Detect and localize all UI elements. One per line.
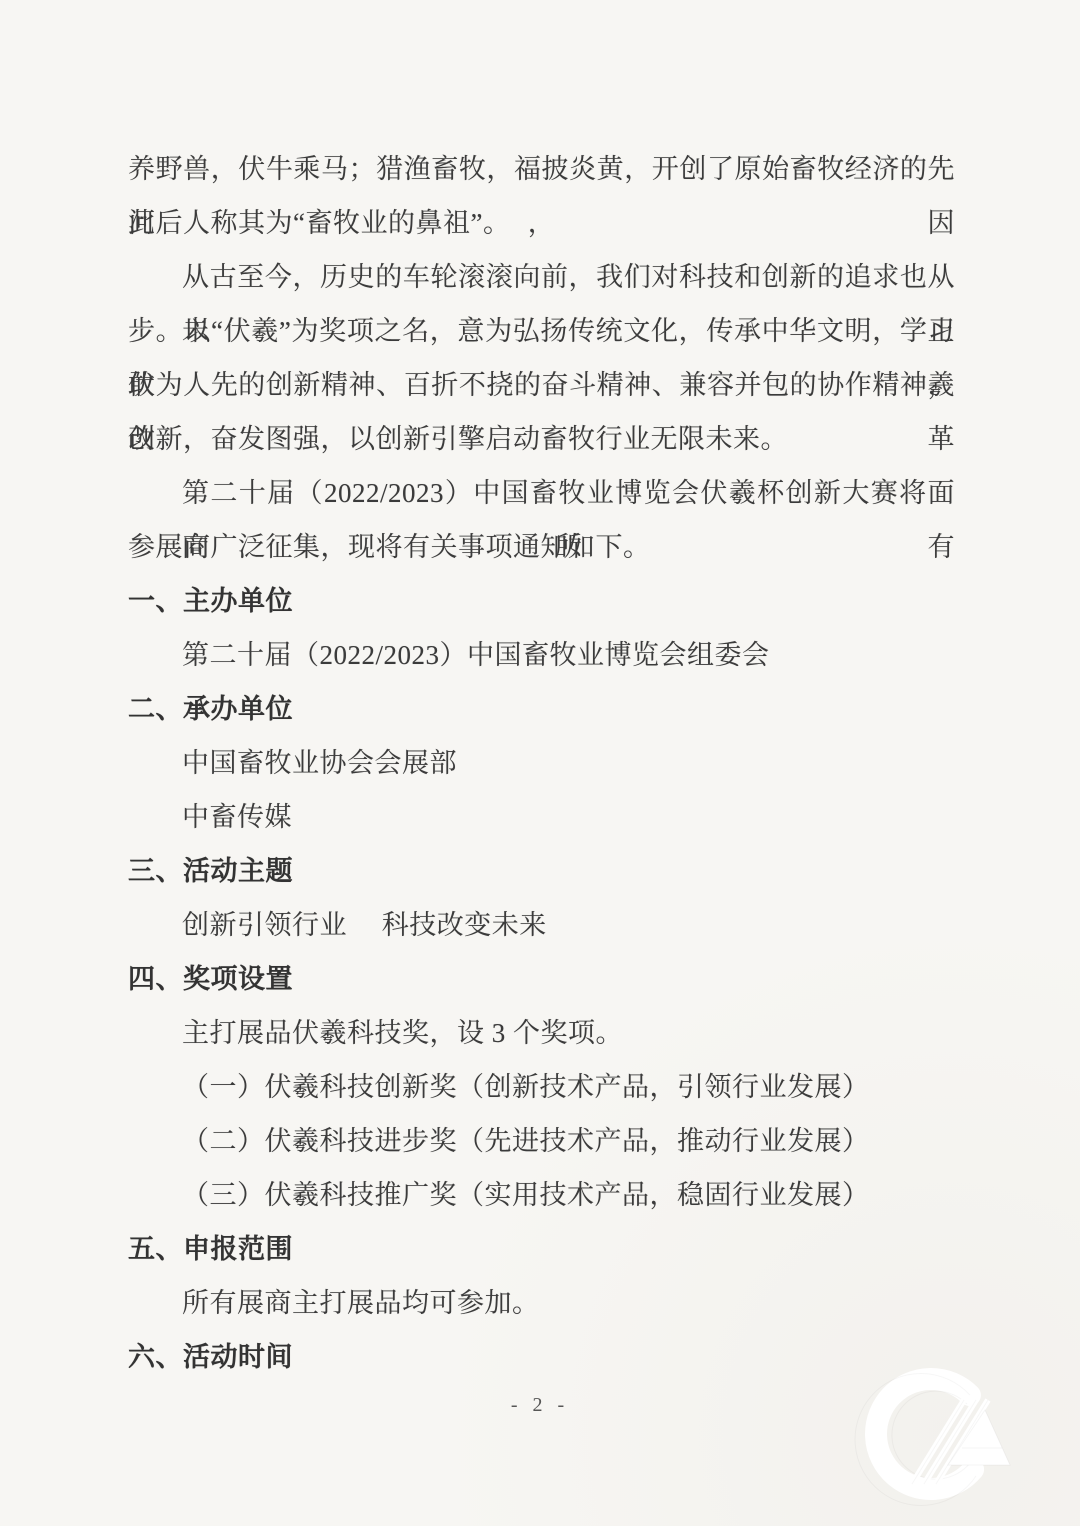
text-line: 创新引领行业 科技改变未来 (128, 898, 955, 952)
text-line: 第二十届（2022/2023）中国畜牧业博览会组委会 (128, 628, 955, 682)
text-line: 步。以“伏羲”为奖项之名，意为弘扬传统文化，传承中华文明，学习伏羲 (128, 304, 955, 358)
section-heading: 二、承办单位 (128, 682, 955, 736)
text-line: 所有展商主打展品均可参加。 (128, 1276, 955, 1330)
text-line: 第二十届（2022/2023）中国畜牧业博览会伏羲杯创新大赛将面向所有 (128, 466, 955, 520)
section-heading: 四、奖项设置 (128, 952, 955, 1006)
section-heading: 六、活动时间 (128, 1330, 955, 1384)
text-line: 中畜传媒 (128, 790, 955, 844)
text-line: （三）伏羲科技推广奖（实用技术产品，稳固行业发展） (128, 1168, 955, 1222)
text-line: 养野兽，伏牛乘马；猎渔畜牧，福披炎黄，开创了原始畜牧经济的先河，因 (128, 142, 955, 196)
page-number: - 2 - (0, 1384, 1080, 1426)
text-line: （一）伏羲科技创新奖（创新技术产品，引领行业发展） (128, 1060, 955, 1114)
text-line: 从古至今，历史的车轮滚滚向前，我们对科技和创新的追求也从未止 (128, 250, 955, 304)
section-heading: 一、主办单位 (128, 574, 955, 628)
text-line: 敢为人先的创新精神、百折不挠的奋斗精神、兼容并包的协作精神，改革 (128, 358, 955, 412)
text-line: 主打展品伏羲科技奖，设 3 个奖项。 (128, 1006, 955, 1060)
section-heading: 三、活动主题 (128, 844, 955, 898)
text-line: （二）伏羲科技进步奖（先进技术产品，推动行业发展） (128, 1114, 955, 1168)
text-line: 中国畜牧业协会会展部 (128, 736, 955, 790)
document-body: 养野兽，伏牛乘马；猎渔畜牧，福披炎黄，开创了原始畜牧经济的先河，因此后人称其为“… (128, 142, 955, 1384)
section-heading: 五、申报范围 (128, 1222, 955, 1276)
